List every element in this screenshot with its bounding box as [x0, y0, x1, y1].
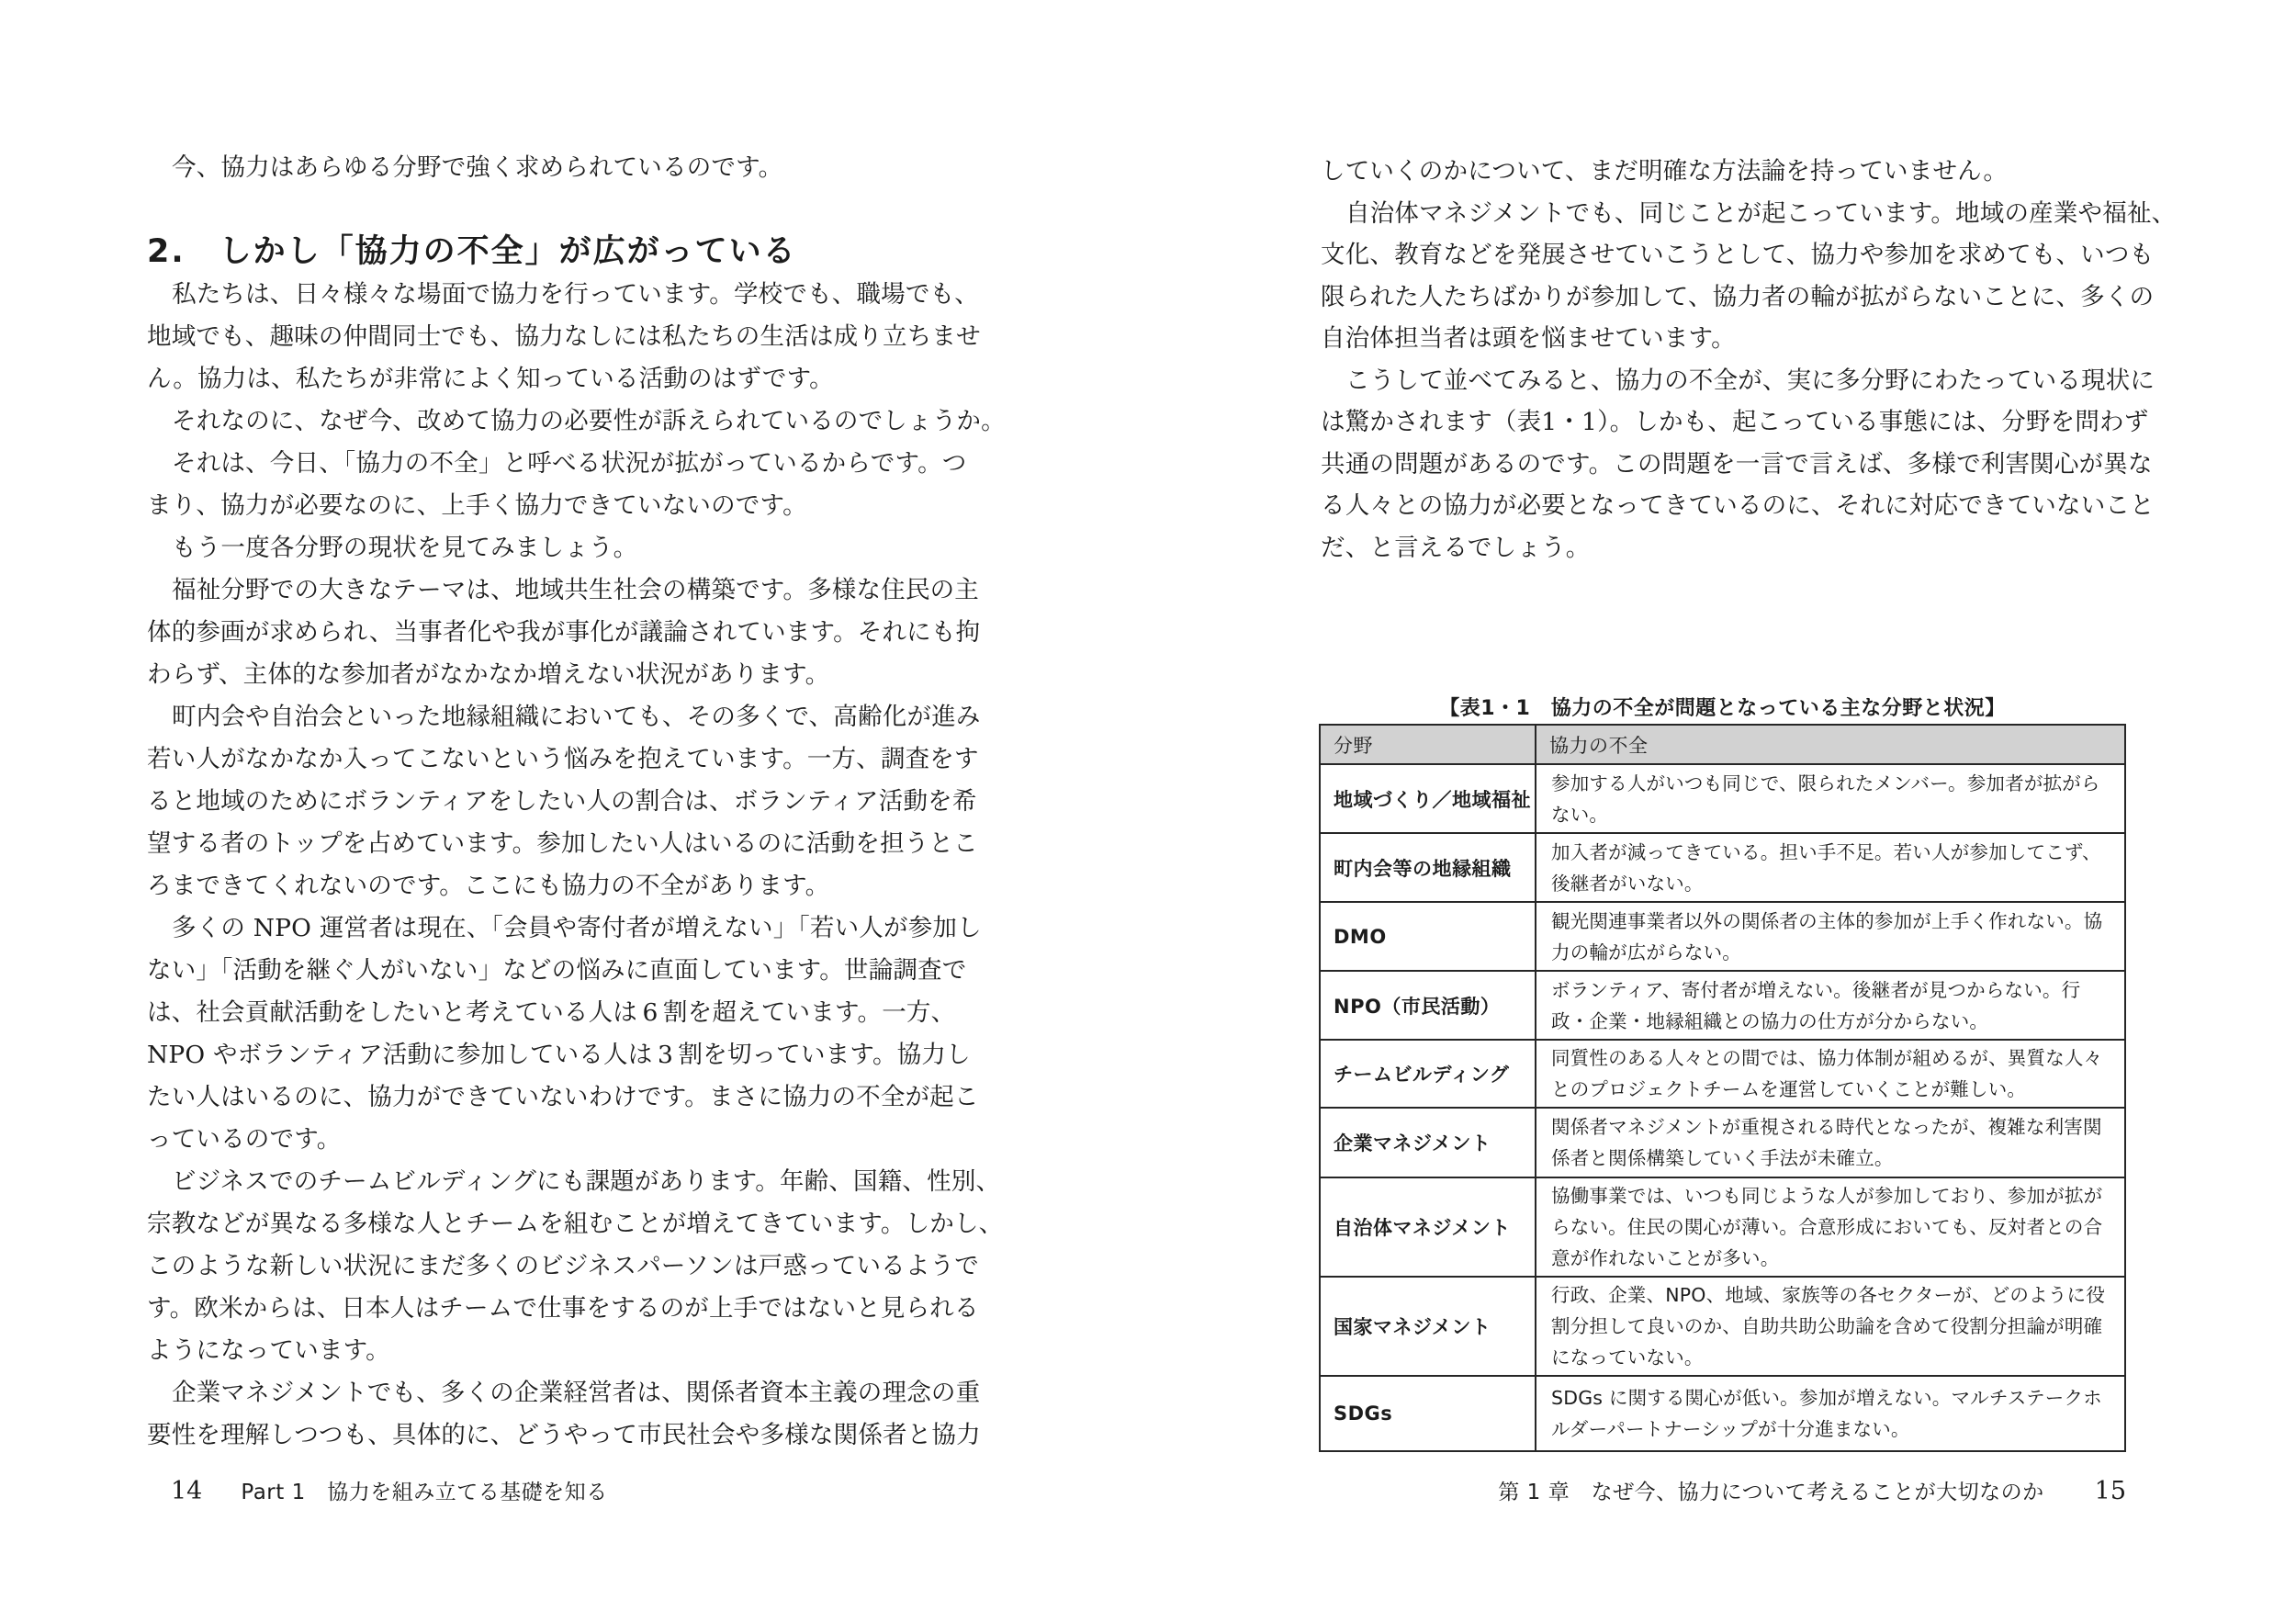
text-line: していくのかについて、まだ明確な方法論を持っていません。	[1321, 151, 2202, 193]
text-line: 多くの NPO 運営者は現在、「会員や寄付者が増えない」「若い人が参加し	[147, 907, 1029, 950]
fields-table: 分野 協力の不全 地域づくり／地域福祉参加する人がいつも同じで、限られたメンバー…	[1319, 724, 2126, 1452]
text-line: NPO やボランティア活動に参加している人は 3 割を切っています。協力し	[147, 1034, 1029, 1076]
field-cell: 自治体マネジメント	[1320, 1177, 1536, 1277]
table-row: DMO観光関連事業者以外の関係者の主体的参加が上手く作れない。協力の輪が広がらな…	[1320, 902, 2125, 971]
left-page-body: 今、協力はあらゆる分野で強く求められているのです。2. しかし「協力の不全」が広…	[147, 147, 1029, 1457]
right-page-body: していくのかについて、まだ明確な方法論を持っていません。自治体マネジメントでも、…	[1321, 151, 2202, 569]
table-row: 町内会等の地縁組織加入者が減ってきている。担い手不足。若い人が参加してこず、後継…	[1320, 833, 2125, 902]
section-heading: 2. しかし「協力の不全」が広がっている	[147, 189, 1029, 274]
text-line: は、社会貢献活動をしたいと考えている人は 6 割を超えています。一方、	[147, 992, 1029, 1034]
field-cell: チームビルディング	[1320, 1040, 1536, 1108]
field-cell: NPO（市民活動）	[1320, 971, 1536, 1040]
section-heading-text: 2. しかし「協力の不全」が広がっている	[147, 230, 797, 274]
table-row: チームビルディング同質性のある人々との間では、協力体制が組めるが、異質な人々との…	[1320, 1040, 2125, 1108]
field-cell: 地域づくり／地域福祉	[1320, 764, 1536, 833]
description-cell: 加入者が減ってきている。担い手不足。若い人が参加してこず、後継者がいない。	[1536, 833, 2125, 902]
description-cell: ボランティア、寄付者が増えない。後継者が見つからない。行政・企業・地縁組織との協…	[1536, 971, 2125, 1040]
text-line: まり、協力が必要なのに、上手く協力できていないのです。	[147, 485, 1029, 527]
text-line: 町内会や自治会といった地縁組織においても、その多くで、高齢化が進み	[147, 696, 1029, 738]
text-line: 体的参画が求められ、当事者化や我が事化が議論されています。それにも拘	[147, 612, 1029, 654]
text-line: 福祉分野での大きなテーマは、地域共生社会の構築です。多様な住民の主	[147, 569, 1029, 612]
text-line: もう一度各分野の現状を見てみましょう。	[147, 527, 1029, 569]
field-cell: SDGs	[1320, 1376, 1536, 1451]
text-line: 今、協力はあらゆる分野で強く求められているのです。	[147, 147, 1029, 189]
text-line: る人々との協力が必要となってきているのに、それに対応できていないこと	[1321, 485, 2202, 527]
text-line: は驚かされます（表1・1）。しかも、起こっている事態には、分野を問わず	[1321, 401, 2202, 444]
text-line: っているのです。	[147, 1119, 1029, 1161]
description-cell: 同質性のある人々との間では、協力体制が組めるが、異質な人々とのプロジェクトチーム…	[1536, 1040, 2125, 1108]
right-page-footer: 第 1 章 なぜ今、協力について考えることが大切なのか 15	[1498, 1475, 2126, 1512]
field-cell: 国家マネジメント	[1320, 1277, 1536, 1376]
table-row: 国家マネジメント行政、企業、NPO、地域、家族等の各セクターが、どのように役割分…	[1320, 1277, 2125, 1376]
table-header-row: 分野 協力の不全	[1320, 725, 2125, 764]
text-line: 企業マネジメントでも、多くの企業経営者は、関係者資本主義の理念の重	[147, 1372, 1029, 1414]
field-cell: DMO	[1320, 902, 1536, 971]
description-cell: 関係者マネジメントが重視される時代となったが、複雑な利害関係者と関係構築していく…	[1536, 1108, 2125, 1177]
description-cell: 観光関連事業者以外の関係者の主体的参加が上手く作れない。協力の輪が広がらない。	[1536, 902, 2125, 971]
text-line: 望する者のトップを占めています。参加したい人はいるのに活動を担うとこ	[147, 823, 1029, 865]
text-line: 地域でも、趣味の仲間同士でも、協力なしには私たちの生活は成り立ちませ	[147, 316, 1029, 358]
table-row: NPO（市民活動）ボランティア、寄付者が増えない。後継者が見つからない。行政・企…	[1320, 971, 2125, 1040]
text-line: 共通の問題があるのです。この問題を一言で言えば、多様で利害関心が異な	[1321, 444, 2202, 486]
left-footer-label: Part 1 協力を組み立てる基礎を知る	[241, 1475, 607, 1505]
text-line: 文化、教育などを発展させていこうとして、協力や参加を求めても、いつも	[1321, 234, 2202, 276]
text-line: だ、と言えるでしょう。	[1321, 527, 2202, 569]
table-row: 地域づくり／地域福祉参加する人がいつも同じで、限られたメンバー。参加者が拡がらな…	[1320, 764, 2125, 833]
text-line: ん。協力は、私たちが非常によく知っている活動のはずです。	[147, 358, 1029, 400]
text-line: このような新しい状況にまだ多くのビジネスパーソンは戸惑っているようで	[147, 1245, 1029, 1288]
right-page-number: 15	[2095, 1477, 2126, 1505]
field-cell: 企業マネジメント	[1320, 1108, 1536, 1177]
table-row: 自治体マネジメント協働事業では、いつも同じような人が参加しており、参加が拡がらな…	[1320, 1177, 2125, 1277]
text-line: 要性を理解しつつも、具体的に、どうやって市民社会や多様な関係者と協力	[147, 1414, 1029, 1457]
table-row: 企業マネジメント関係者マネジメントが重視される時代となったが、複雑な利害関係者と…	[1320, 1108, 2125, 1177]
description-cell: 参加する人がいつも同じで、限られたメンバー。参加者が拡がらない。	[1536, 764, 2125, 833]
text-line: 私たちは、日々様々な場面で協力を行っています。学校でも、職場でも、	[147, 274, 1029, 316]
text-line: 若い人がなかなか入ってこないという悩みを抱えています。一方、調査をす	[147, 738, 1029, 781]
left-page-footer: 14 Part 1 協力を組み立てる基礎を知る	[171, 1475, 608, 1512]
text-line: ビジネスでのチームビルディングにも課題があります。年齢、国籍、性別、	[147, 1161, 1029, 1203]
column-header-description: 協力の不全	[1536, 725, 2125, 764]
text-line: 自治体担当者は頭を悩ませています。	[1321, 318, 2202, 360]
description-cell: SDGs に関する関心が低い。参加が増えない。マルチステークホルダーパートナーシ…	[1536, 1376, 2125, 1451]
text-line: 宗教などが異なる多様な人とチームを組むことが増えてきています。しかし、	[147, 1203, 1029, 1245]
text-line: 自治体マネジメントでも、同じことが起こっています。地域の産業や福祉、	[1321, 193, 2202, 235]
text-line: ると地域のためにボランティアをしたい人の割合は、ボランティア活動を希	[147, 781, 1029, 823]
text-line: ない」「活動を継ぐ人がいない」などの悩みに直面しています。世論調査で	[147, 950, 1029, 992]
text-line: す。欧米からは、日本人はチームで仕事をするのが上手ではないと見られる	[147, 1288, 1029, 1330]
left-page-number: 14	[171, 1477, 202, 1505]
text-line: わらず、主体的な参加者がなかなか増えない状況があります。	[147, 654, 1029, 696]
book-spread: 今、協力はあらゆる分野で強く求められているのです。2. しかし「協力の不全」が広…	[0, 0, 2296, 1622]
table-row: SDGsSDGs に関する関心が低い。参加が増えない。マルチステークホルダーパー…	[1320, 1376, 2125, 1451]
text-line: それなのに、なぜ今、改めて協力の必要性が訴えられているのでしょうか。	[147, 400, 1029, 443]
text-line: ようになっています。	[147, 1330, 1029, 1372]
text-line: 限られた人たちばかりが参加して、協力者の輪が拡がらないことに、多くの	[1321, 276, 2202, 319]
text-line: たい人はいるのに、協力ができていないわけです。まさに協力の不全が起こ	[147, 1076, 1029, 1119]
text-line: ろまできてくれないのです。ここにも協力の不全があります。	[147, 865, 1029, 907]
description-cell: 協働事業では、いつも同じような人が参加しており、参加が拡がらない。住民の関心が薄…	[1536, 1177, 2125, 1277]
description-cell: 行政、企業、NPO、地域、家族等の各セクターが、どのように役割分担して良いのか、…	[1536, 1277, 2125, 1376]
field-cell: 町内会等の地縁組織	[1320, 833, 1536, 902]
text-line: それは、今日、「協力の不全」と呼べる状況が拡がっているからです。つ	[147, 443, 1029, 485]
text-line: こうして並べてみると、協力の不全が、実に多分野にわたっている現状に	[1321, 360, 2202, 402]
column-header-field: 分野	[1320, 725, 1536, 764]
table-title: 【表1・1 協力の不全が問題となっている主な分野と状況】	[1319, 691, 2126, 727]
right-footer-label: 第 1 章 なぜ今、協力について考えることが大切なのか	[1498, 1475, 2043, 1505]
